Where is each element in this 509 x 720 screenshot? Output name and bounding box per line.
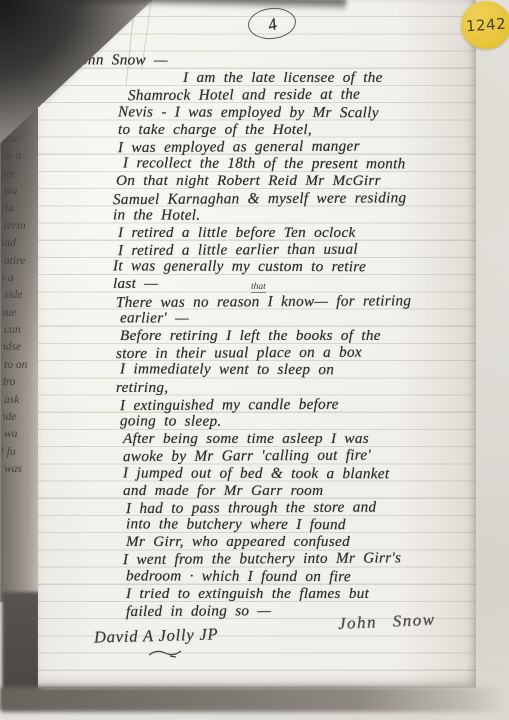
underlying-text-fragment: sad	[2, 235, 42, 252]
statement-line: I had to pass through the store and	[126, 498, 476, 517]
scanned-document: mHhoum atirewaviaterinsadatirey asideoue…	[0, 0, 509, 720]
statement-line: It was generally my custom to retire	[113, 258, 476, 276]
underlying-text-fragment: y a	[2, 270, 42, 287]
jp-signature: David A Jolly JP	[94, 624, 219, 647]
statement-line: I tried to extinguish the flames but	[126, 585, 476, 602]
statement-line: Nevis - I was employed by Mr Scally	[118, 103, 476, 121]
bottom-edge-shadow	[0, 687, 509, 712]
underlying-text-fragment: side	[4, 287, 42, 304]
signature-flourish	[148, 650, 182, 659]
statement-line: There was no reason I know— for retiring	[116, 292, 476, 311]
underlying-text-fragment: oue	[2, 305, 42, 322]
statement-line: Shamrock Hotel and reside at the	[128, 85, 476, 104]
statement-line: awoke by Mr Garr 'calling out fire'	[123, 446, 476, 465]
statement-line: I retired a little earlier than usual	[118, 240, 476, 259]
folio-sticker: 1242	[461, 1, 509, 49]
underlying-text-fragment: to on	[4, 357, 42, 374]
statement-line: I extinguished my candle before	[120, 395, 476, 414]
statement-line: and made for Mr Garr room	[123, 482, 476, 499]
underlying-text-fragment: I fu	[2, 444, 42, 461]
underlying-text-fragment: was	[4, 461, 42, 478]
underlying-text-fragment: m a	[4, 148, 42, 165]
underlying-text-fragment: can	[4, 322, 42, 339]
folio-number: 1242	[465, 15, 506, 36]
statement-line: I recollect the 18th of the present mont…	[123, 155, 476, 173]
statement-line: in the Hotel.	[113, 206, 476, 224]
statement-line: I was employed as general manger	[118, 137, 476, 156]
underlying-text-fragment: nde	[2, 409, 42, 426]
underlying-text-fragment: wa	[4, 426, 42, 443]
statement-line: After being some time asleep I was	[123, 430, 476, 447]
statement-line: Before retiring I left the books of the	[120, 327, 476, 344]
statement-line: On that night Robert Reid Mr McGirr	[116, 172, 476, 189]
statement-line: John Snow —	[73, 51, 476, 70]
underlying-text-fragment: tire	[2, 166, 42, 183]
underlying-text-fragment: ndse	[2, 339, 42, 356]
statement-line: I retired a little before Ten oclock	[118, 224, 476, 241]
underlying-text-fragment: ask	[4, 392, 42, 409]
statement-line: retiring,	[116, 379, 476, 396]
statement-lines: John Snow —I am the late licensee of the…	[38, 52, 476, 619]
statement-line: Mr Girr, who appeared confused	[126, 533, 476, 550]
statement-line: to take charge of the Hotel,	[118, 121, 476, 138]
statement-line: I jumped out of bed & took a blanket	[123, 464, 476, 482]
statement-line: I went from the butchery into Mr Girr's	[123, 549, 476, 568]
statement-line: bedroom · which I found on fire	[126, 567, 476, 585]
deponent-signature: John Snow	[338, 610, 436, 634]
statement-line: going to sleep.	[120, 412, 476, 430]
page-number: 4	[266, 14, 279, 35]
underlying-page-fragments: mHhoum atirewaviaterinsadatirey asideoue…	[2, 96, 42, 479]
underlying-text-fragment: wa	[4, 183, 42, 200]
page-sheet: John Snow —I am the late licensee of the…	[38, 0, 476, 688]
statement-line: Samuel Karnaghan & myself were residing	[113, 188, 476, 207]
statement-line: I immediately went to sleep on	[120, 361, 476, 379]
underlying-text-fragment: terin	[4, 218, 42, 235]
inserted-word: that	[251, 283, 266, 293]
statement-line: earlier' —	[120, 309, 476, 327]
underlying-text-fragment: dro	[2, 374, 42, 391]
statement-line: I am the late licensee of the	[183, 69, 476, 86]
underlying-text-fragment: atire	[4, 253, 42, 270]
underlying-text-fragment: via	[2, 200, 42, 217]
statement-line: last —	[113, 275, 476, 292]
statement-line: into the butchery where I found	[126, 515, 476, 533]
